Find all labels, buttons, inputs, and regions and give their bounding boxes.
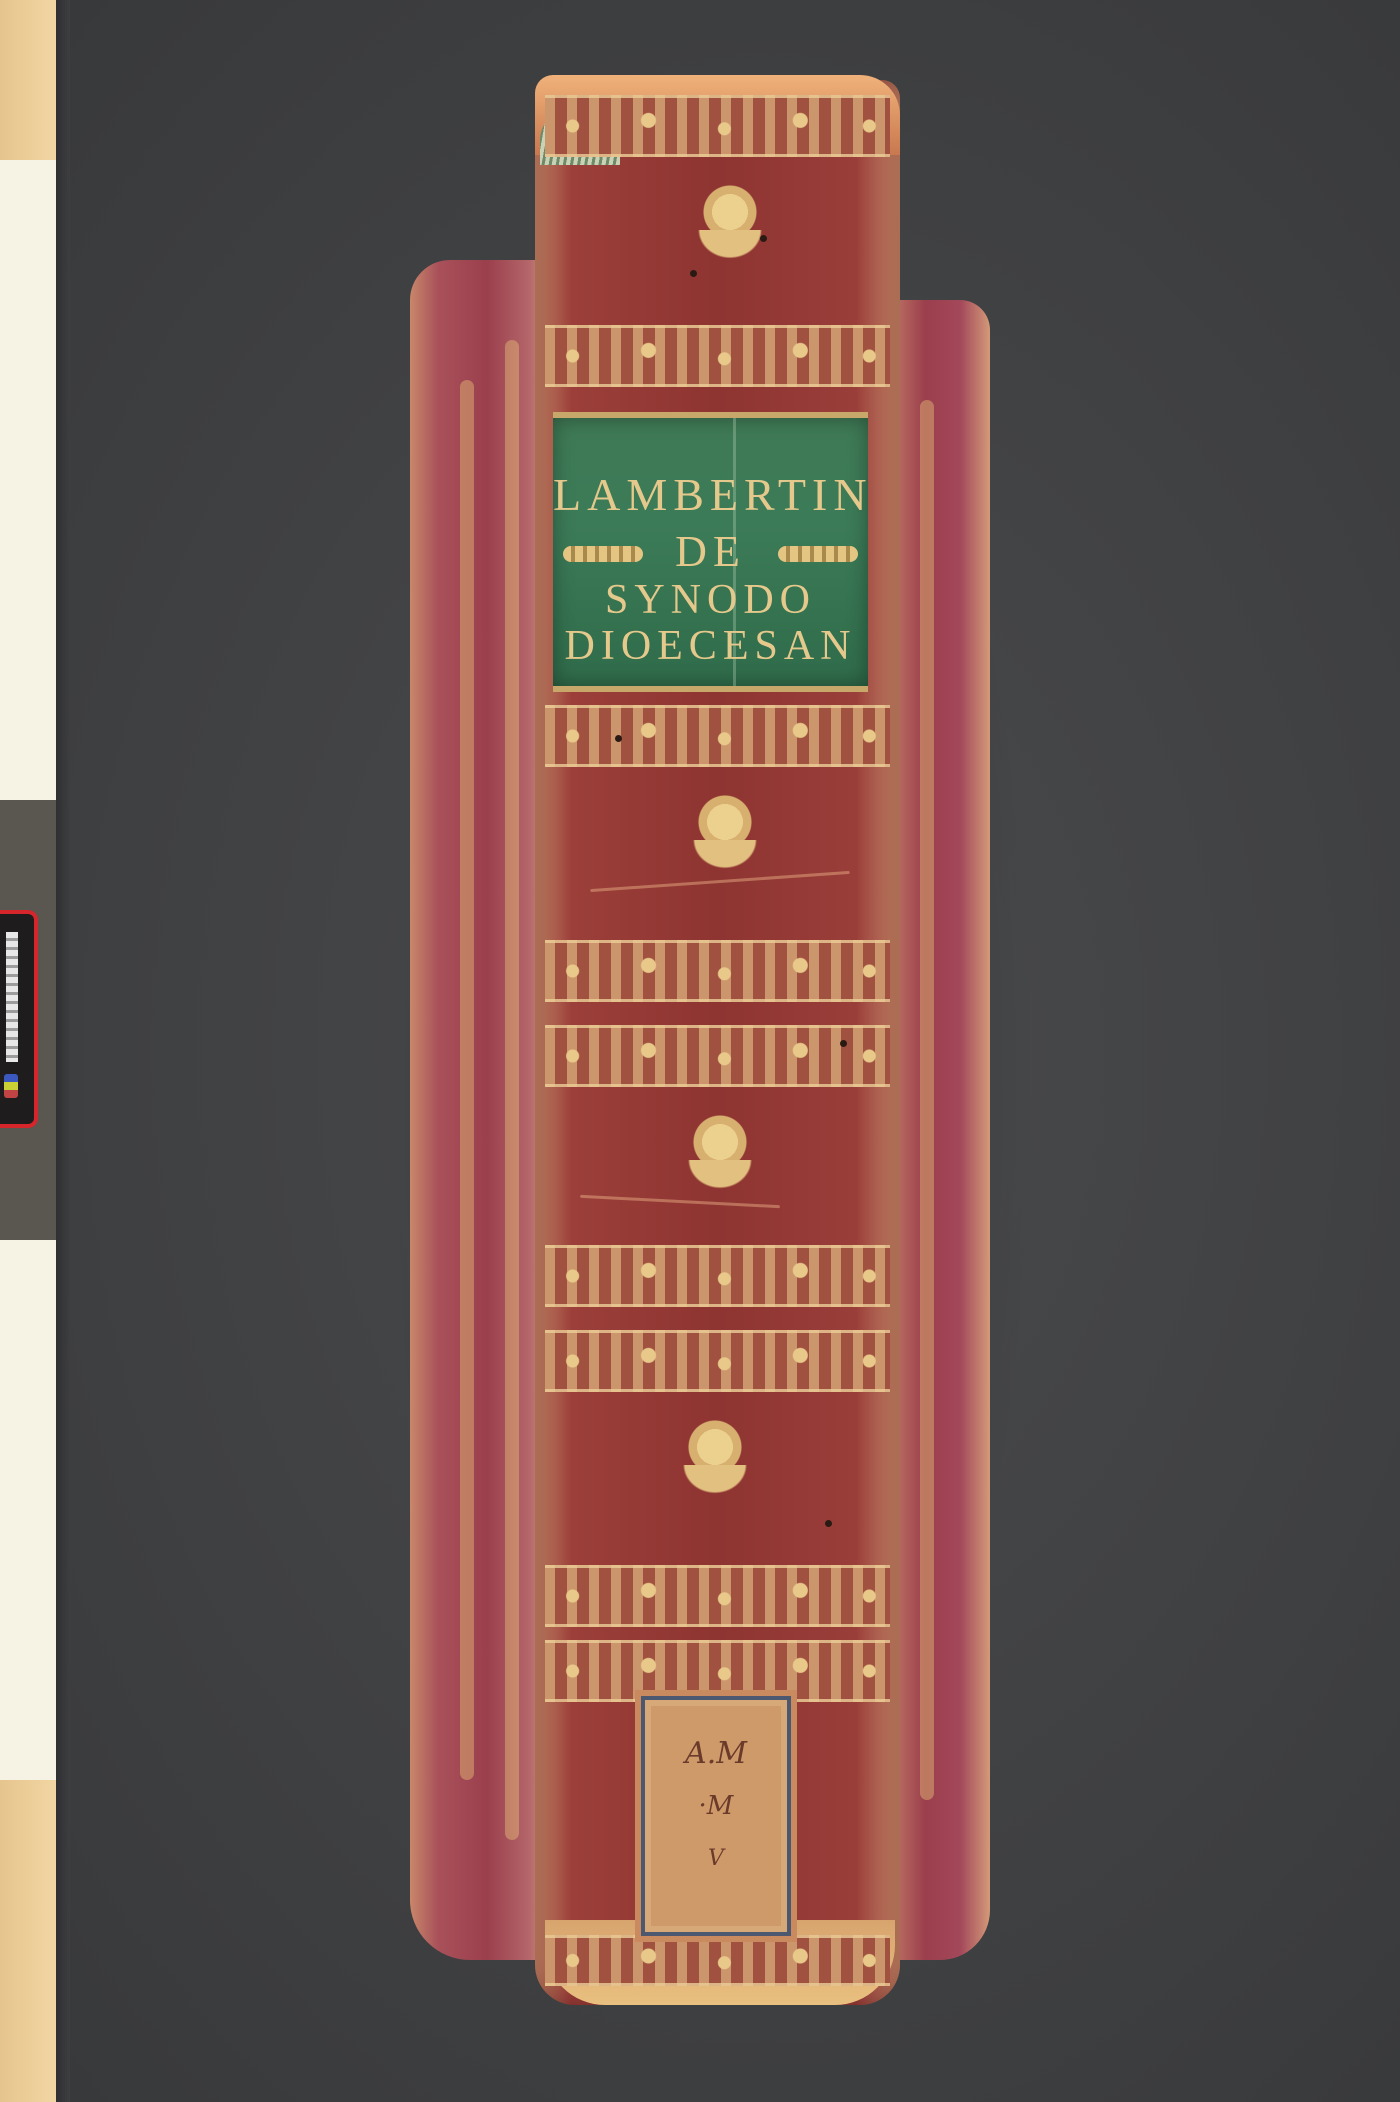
- ruler-tan-segment-top: [0, 0, 58, 160]
- board-gilt-roll: [920, 400, 934, 1800]
- color-checker-greyscale: [6, 932, 18, 1062]
- shelfmark-label: A.M ·M V: [635, 1690, 797, 1942]
- gilt-band: [545, 1330, 890, 1392]
- gilt-band: [545, 95, 890, 157]
- ruler-white-segment-top: [0, 160, 58, 800]
- back-board: [890, 300, 990, 1960]
- gilt-band: [545, 1935, 890, 1986]
- ruler-white-segment-bottom: [0, 1240, 58, 1780]
- shelfmark-line-1: A.M: [641, 1736, 791, 1771]
- color-checker-swatches: [4, 1074, 18, 1098]
- title-line-dioecesana: DIOECESAN: [553, 622, 868, 670]
- ruler-shadow: [56, 0, 70, 2102]
- wormhole: [690, 270, 697, 277]
- board-gilt-roll: [505, 340, 519, 1840]
- gilt-band: [545, 325, 890, 387]
- wormhole: [825, 1520, 832, 1527]
- title-line-author: LAMBERTINI: [553, 468, 868, 521]
- gilt-band: [545, 1565, 890, 1627]
- shelfmark-line-3: V: [641, 1846, 791, 1871]
- spine-title-label: LAMBERTINI DE SYNODO DIOECESAN: [553, 412, 868, 692]
- gilt-band: [545, 940, 890, 1002]
- fleuron-ornament: [685, 185, 775, 275]
- front-board: [410, 260, 550, 1960]
- color-checker-card: [0, 910, 38, 1128]
- wormhole: [840, 1040, 847, 1047]
- ruler-tan-segment-bottom: [0, 1780, 58, 2102]
- shelfmark-line-2: ·M: [641, 1791, 791, 1821]
- title-line-synodo: SYNODO: [553, 576, 868, 624]
- board-gilt-roll: [460, 380, 474, 1780]
- wormhole: [615, 735, 622, 742]
- gilt-band: [545, 1245, 890, 1307]
- fleuron-ornament: [680, 795, 770, 885]
- fleuron-ornament: [670, 1420, 760, 1510]
- wormhole: [760, 235, 767, 242]
- title-line-de: DE: [553, 526, 868, 577]
- gilt-band: [545, 705, 890, 767]
- gilt-band: [545, 1025, 890, 1087]
- fleuron-ornament: [675, 1115, 765, 1205]
